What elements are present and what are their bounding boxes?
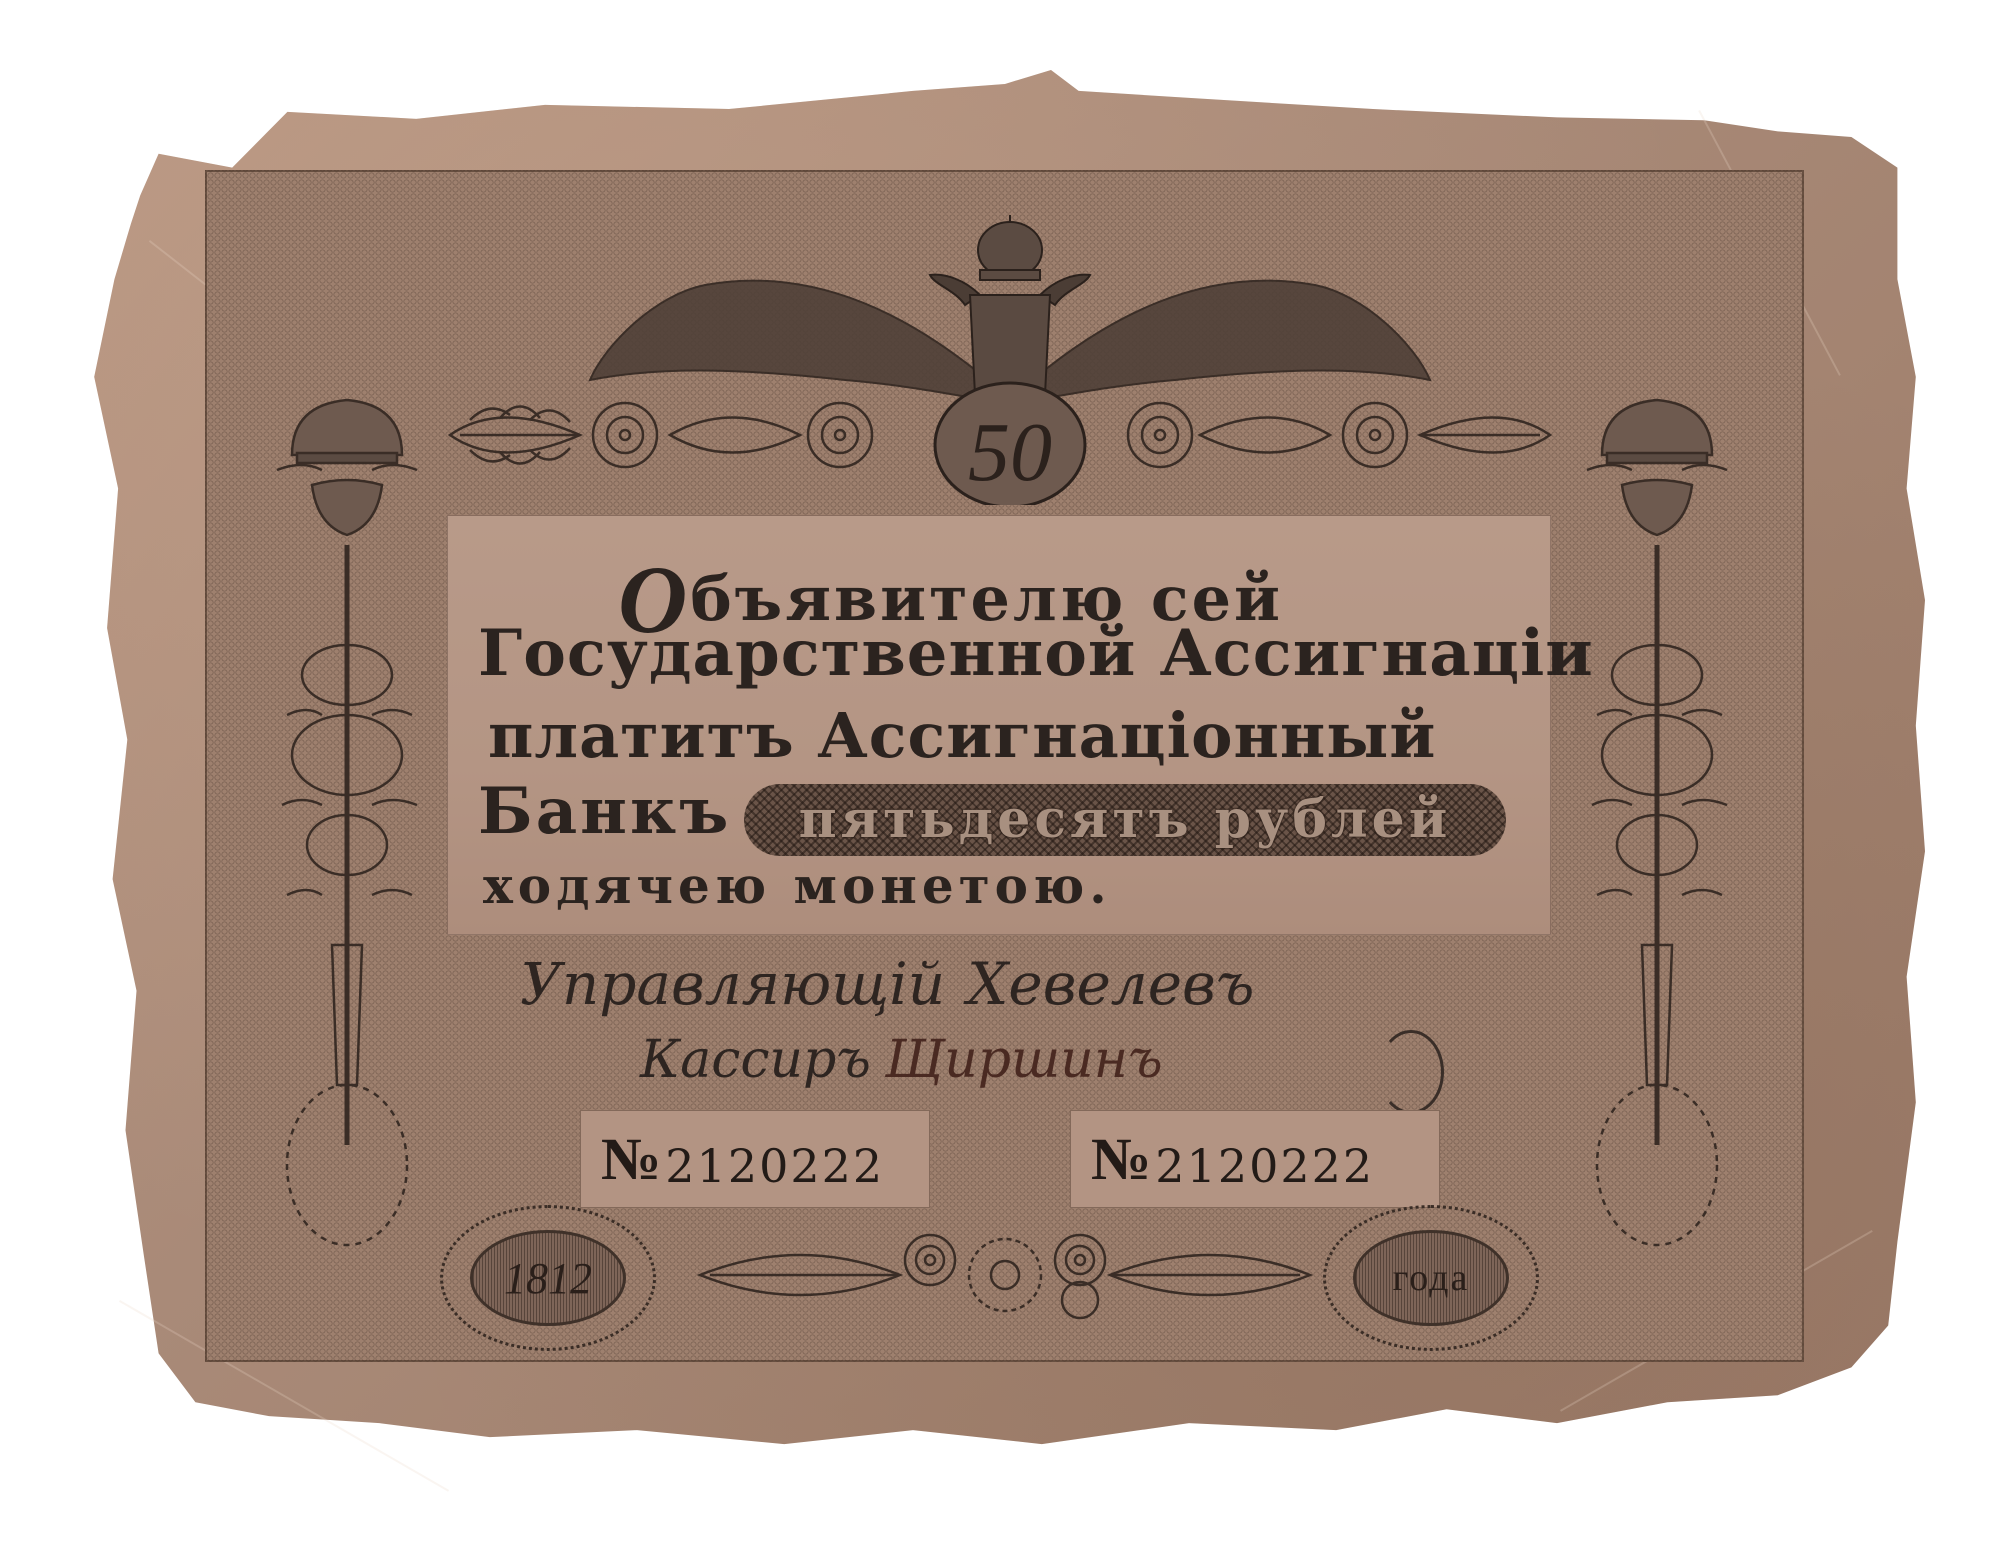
manager-signature: УправляющійХевелевъ bbox=[520, 950, 1254, 1018]
serial-number-right: № 2120222 bbox=[1070, 1110, 1440, 1208]
number-sign: № bbox=[601, 1125, 661, 1194]
imperial-crown-icon bbox=[1602, 400, 1712, 455]
text-line-2: Государственной Ассигнаціи bbox=[478, 616, 1594, 691]
scepter-column-left bbox=[272, 385, 422, 1275]
amount-cartouche: пятьдесятъ рублей bbox=[744, 784, 1506, 856]
text-line-3: платитъ Ассигнаціонный bbox=[488, 699, 1436, 772]
year-oval: 1812 bbox=[470, 1230, 626, 1326]
imperial-crown-icon bbox=[292, 400, 402, 455]
main-text-panel: Объявителю сей Государственной Ассигнаці… bbox=[447, 515, 1551, 935]
palmette-ornament-row bbox=[440, 380, 1560, 490]
signature-flourish bbox=[1378, 1030, 1444, 1114]
year-suffix-oval: года bbox=[1353, 1230, 1509, 1326]
text-line-4: Банкъ bbox=[478, 774, 731, 849]
rosette-icon bbox=[680, 1215, 1330, 1335]
text-line-5: ходячею монетою. bbox=[483, 856, 1112, 915]
serial-number-left: № 2120222 bbox=[580, 1110, 930, 1208]
cashier-signature: КассиръЩиршинъ bbox=[640, 1030, 1163, 1090]
number-sign: № bbox=[1091, 1125, 1151, 1194]
scepter-column-right bbox=[1582, 385, 1732, 1275]
